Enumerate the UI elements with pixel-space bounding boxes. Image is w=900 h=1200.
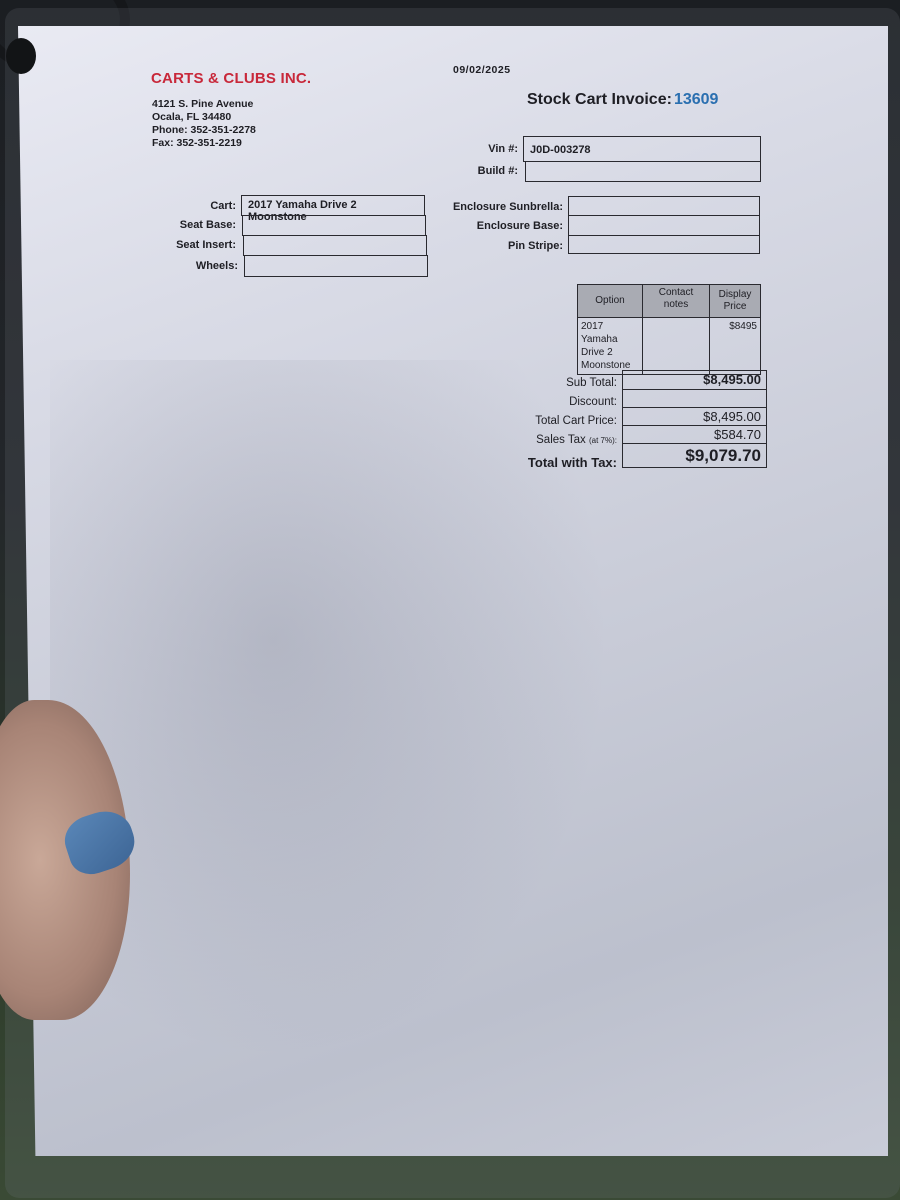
- company-address: 4121 S. Pine Avenue Ocala, FL 34480 Phon…: [152, 98, 256, 150]
- pin-stripe-label: Pin Stripe:: [430, 240, 563, 252]
- phone: Phone: 352-351-2278: [152, 124, 256, 137]
- clipboard-clip-knob: [6, 38, 36, 74]
- price-cell: $8495: [710, 318, 761, 375]
- enclosure-sunbrella-label: Enclosure Sunbrella:: [430, 201, 563, 213]
- display-price-header: Display Price: [710, 285, 761, 318]
- enclosure-sunbrella-field: [568, 196, 760, 216]
- seat-base-field: [242, 215, 426, 236]
- invoice-number: 13609: [674, 91, 719, 108]
- sales-tax-value: $584.70: [622, 425, 767, 444]
- invoice-title: Stock Cart Invoice:13609: [527, 91, 718, 109]
- company-name: CARTS & CLUBS INC.: [151, 70, 311, 87]
- discount-label: Discount:: [517, 396, 617, 408]
- table-row: 2017 Yamaha Drive 2 Moonstone $8495: [578, 318, 761, 375]
- discount-value: [622, 389, 767, 408]
- build-field: [525, 161, 761, 182]
- sales-tax-label: Sales Tax (at 7%):: [517, 434, 617, 446]
- address-line-1: 4121 S. Pine Avenue: [152, 98, 256, 111]
- notes-cell: [643, 318, 710, 375]
- seat-insert-field: [243, 235, 427, 256]
- cart-label: Cart:: [150, 200, 236, 212]
- cart-field: 2017 Yamaha Drive 2 Moonstone: [241, 195, 425, 216]
- total-cart-price-label: Total Cart Price:: [517, 415, 617, 427]
- fax: Fax: 352-351-2219: [152, 137, 256, 150]
- build-label: Build #:: [440, 165, 518, 177]
- enclosure-base-label: Enclosure Base:: [430, 220, 563, 232]
- sales-tax-rate-note: (at 7%):: [589, 436, 617, 445]
- sub-total-label: Sub Total:: [517, 377, 617, 389]
- option-cell: 2017 Yamaha Drive 2 Moonstone: [578, 318, 643, 375]
- sales-tax-label-text: Sales Tax: [536, 434, 586, 446]
- option-header: Option: [578, 285, 643, 318]
- wheels-field: [244, 255, 428, 277]
- sub-total-value: $8,495.00: [622, 370, 767, 390]
- seat-base-label: Seat Base:: [150, 219, 236, 231]
- total-with-tax-label: Total with Tax:: [517, 455, 617, 470]
- options-table: Option Contact notes Display Price 2017 …: [577, 284, 761, 375]
- contact-notes-header: Contact notes: [643, 285, 710, 318]
- seat-insert-label: Seat Insert:: [150, 239, 236, 251]
- enclosure-base-field: [568, 215, 760, 236]
- invoice-date: 09/02/2025: [453, 64, 511, 76]
- pin-stripe-field: [568, 235, 760, 254]
- vin-label: Vin #:: [440, 143, 518, 155]
- vin-field: J0D-003278: [523, 136, 761, 162]
- address-line-2: Ocala, FL 34480: [152, 111, 256, 124]
- total-cart-price-value: $8,495.00: [622, 407, 767, 426]
- invoice-title-label: Stock Cart Invoice:: [527, 91, 672, 108]
- wheels-label: Wheels:: [150, 260, 238, 272]
- total-with-tax-value: $9,079.70: [622, 443, 767, 468]
